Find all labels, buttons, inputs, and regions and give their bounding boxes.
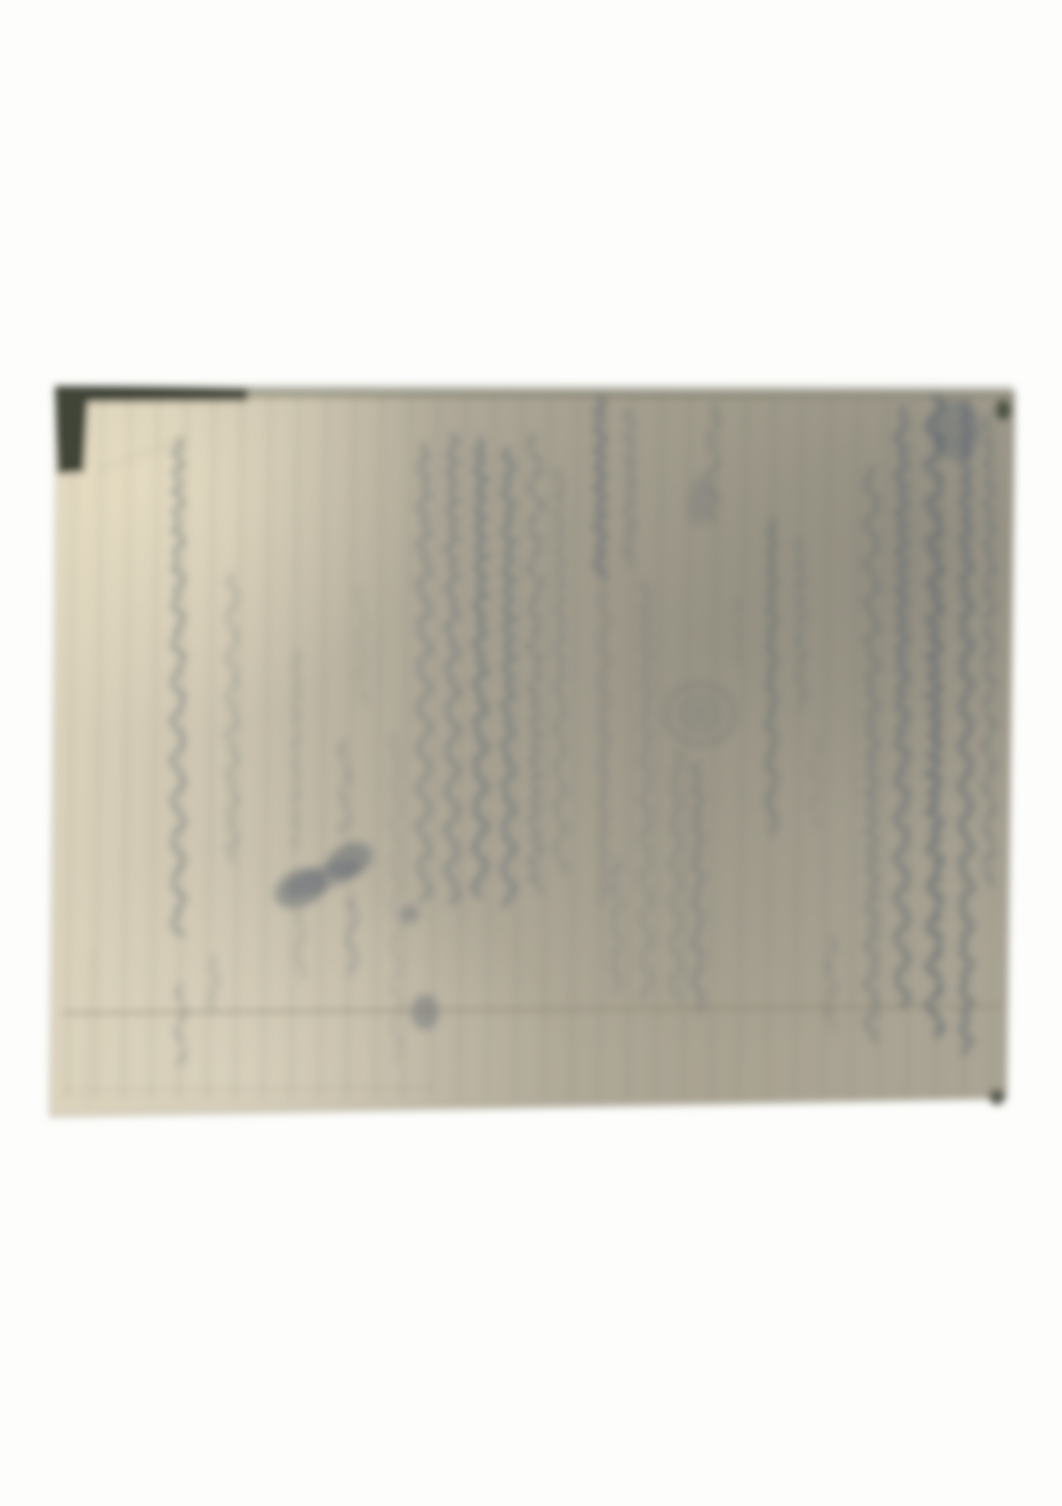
ink-scribble-blob bbox=[411, 994, 439, 1030]
ink-scribble-blob bbox=[929, 400, 981, 460]
ink-scribble-blob bbox=[400, 905, 420, 923]
pin-dot-bottom-right bbox=[989, 1089, 1005, 1105]
photo-of-handwritten-note bbox=[0, 0, 1062, 1506]
pin-dot-top-right bbox=[995, 399, 1011, 421]
photo-canvas bbox=[0, 0, 1062, 1506]
